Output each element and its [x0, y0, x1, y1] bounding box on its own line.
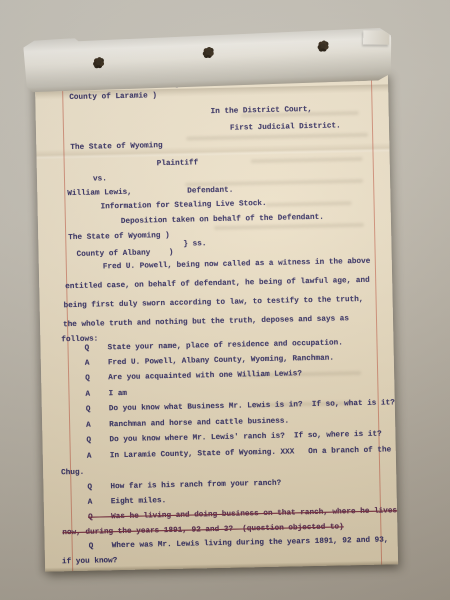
photo-scene: } ss.County of Laramie )In the District … — [0, 0, 450, 600]
document-page: } ss.County of Laramie )In the District … — [35, 70, 398, 571]
document-line: A I am — [85, 390, 127, 400]
document-line: A In Laramie County, State of Wyoming. X… — [87, 446, 392, 461]
document-line: Fred U. Powell, being now called as a wi… — [103, 258, 371, 273]
document-line: County of Albany ) — [77, 249, 174, 260]
document-line: William Lewis, Defendant. — [67, 187, 233, 199]
thumbtack-icon — [96, 60, 101, 65]
document-line: The State of Wyoming ) — [68, 232, 170, 243]
thumbtack-icon — [320, 43, 325, 48]
document-line: the whole truth and nothing but the trut… — [63, 315, 349, 330]
document-line: The State of Wyoming — [70, 142, 162, 153]
document-line-struck: now, during the years 1891, 92 and 3? (q… — [62, 523, 344, 538]
document-line: Q State your name, place of residence an… — [84, 339, 342, 353]
document-line: being first duly sworn according to law,… — [64, 296, 364, 311]
thumbtack-icon — [206, 50, 211, 55]
document-line: Q How far is his ranch from your ranch? — [87, 480, 281, 493]
document-line: Q Where was Mr. Lewis living during the … — [89, 536, 389, 551]
typed-text-layer: } ss.County of Laramie )In the District … — [35, 70, 398, 571]
document-line: Q Are you acquainted with one William Le… — [85, 370, 302, 384]
document-line: Q Do you know where Mr. Lewis' ranch is?… — [86, 431, 381, 446]
document-line: vs. — [93, 175, 107, 184]
document-line-struck: Q Was he living and doing business on th… — [88, 507, 397, 522]
document-line: A Ranchman and horse and cattle business… — [86, 418, 289, 431]
document-line: Deposition taken on behalf of the Defend… — [121, 214, 324, 227]
document-line: entitled case, on behalf of defendant, h… — [65, 277, 370, 292]
document-line: A Fred U. Powell, Albany County, Wyoming… — [85, 355, 334, 369]
document-line: County of Laramie ) — [69, 92, 157, 103]
document-line: Information for Stealing Live Stock. — [101, 200, 267, 212]
document-line: First Judicial District. — [230, 122, 341, 133]
document-line: Plaintiff — [157, 159, 199, 169]
document-line: Q Do you know what Business Mr. Lewis is… — [86, 399, 395, 414]
document-line: } ss. — [183, 240, 206, 249]
document-line: A Eight miles. — [88, 497, 167, 508]
document-line: Chug. — [61, 469, 84, 478]
document-line: In the District Court, — [211, 106, 313, 117]
